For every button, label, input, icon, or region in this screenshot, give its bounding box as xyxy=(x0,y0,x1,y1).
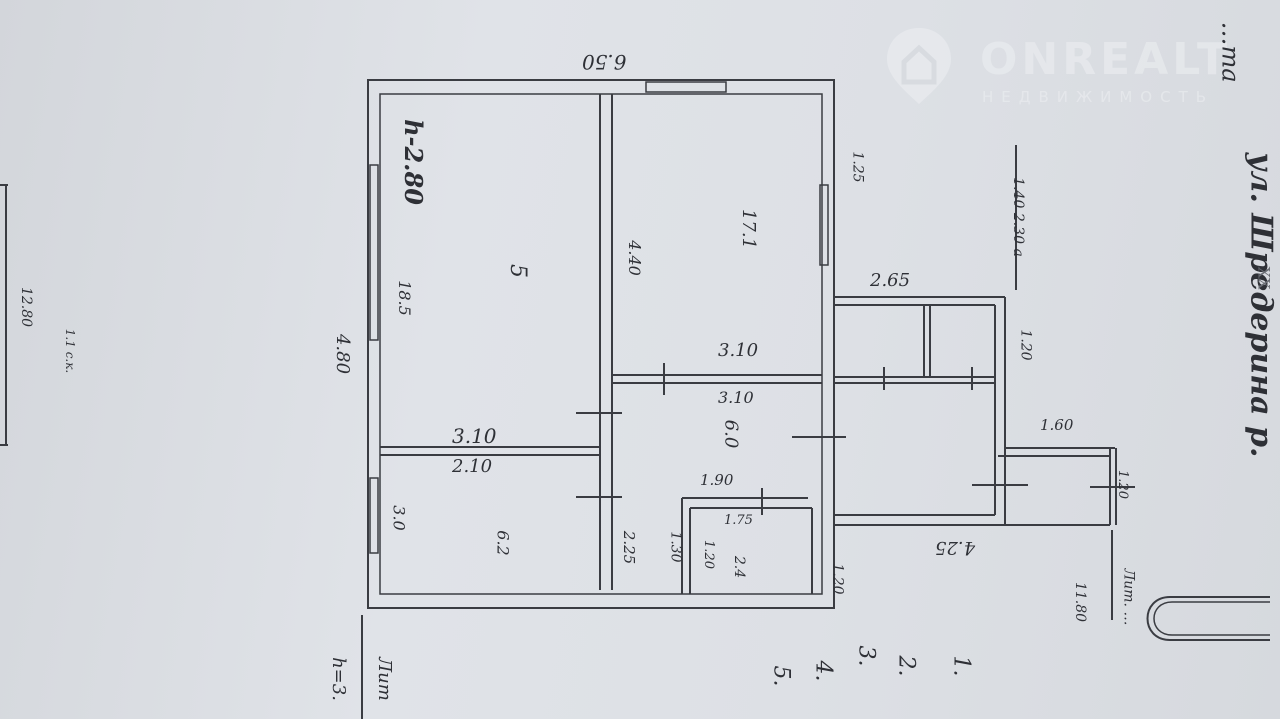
dim-bottom-annex-width: 4.25 xyxy=(935,538,975,556)
legend-fragment: ХХ xyxy=(1255,267,1271,290)
room1-label: 17.1 xyxy=(739,209,757,249)
room4-label: 6.2 xyxy=(495,530,511,555)
dim-room3-width-a: 1.90 xyxy=(700,473,733,488)
legend-item-2: 2. xyxy=(895,656,917,677)
room3-label: 2.4 xyxy=(732,556,746,578)
bottom-left-height: h=3. xyxy=(329,657,347,701)
left-scale-note: 1.1 с.к. xyxy=(64,329,76,373)
legend-item-1: 1. xyxy=(950,656,972,677)
legend-item-3: 3. xyxy=(855,646,877,667)
window-right xyxy=(820,185,828,265)
dim-room3-height: 1.30 xyxy=(669,531,683,562)
dim-room3-height-b: 1.20 xyxy=(702,540,715,569)
dim-room4-height: 3.0 xyxy=(391,505,407,530)
window-top xyxy=(646,82,726,92)
left-scale-value: 12.80 xyxy=(19,287,33,327)
dim-room4-width: 2.10 xyxy=(452,458,492,476)
street-name: ул. Шредерина р. xyxy=(1245,153,1275,458)
window-left-lower xyxy=(370,478,378,553)
upper-right-note-a: 1.40 2.30 а xyxy=(1011,177,1025,257)
dim-room2-width: 3.10 xyxy=(718,390,754,406)
room2-label: 6.0 xyxy=(721,420,739,449)
dim-side-a: 1.25 xyxy=(851,151,865,182)
legend-item-4: 4. xyxy=(812,661,834,682)
dim-annex-height: 1.20 xyxy=(1019,329,1033,360)
window-left-upper xyxy=(370,165,378,340)
dim-left-height: 4.80 xyxy=(333,334,351,374)
bottom-right-value: 11.80 xyxy=(1073,582,1087,622)
room5-number: 5 xyxy=(506,264,528,278)
dim-side-right: 1.20 xyxy=(831,563,845,594)
legend-item-5: 5. xyxy=(770,666,792,687)
bottom-left-lit: Лит xyxy=(375,657,393,701)
bottom-right-note: Лит. … xyxy=(1121,569,1135,626)
dim-corridor-height: 2.25 xyxy=(621,531,636,564)
dim-room1-width: 3.10 xyxy=(718,342,758,360)
dim-room3-width-b: 1.75 xyxy=(724,514,753,527)
scanned-plan-sheet: ONREALT НЕДВИЖИМОСТЬ xyxy=(0,0,1280,719)
dim-room5-width: 3.10 xyxy=(452,426,497,446)
ceiling-height-label: h-2.80 xyxy=(401,119,425,205)
dim-room1-height: 4.40 xyxy=(626,240,642,276)
room5-area: 18.5 xyxy=(396,280,412,316)
top-right-fragment: …та xyxy=(1219,21,1243,82)
dim-annex-width: 2.65 xyxy=(870,272,910,290)
dim-porch-height: 1.20 xyxy=(1116,470,1129,499)
dim-porch-width: 1.60 xyxy=(1040,418,1073,433)
dim-top-width: 6.50 xyxy=(582,52,627,72)
